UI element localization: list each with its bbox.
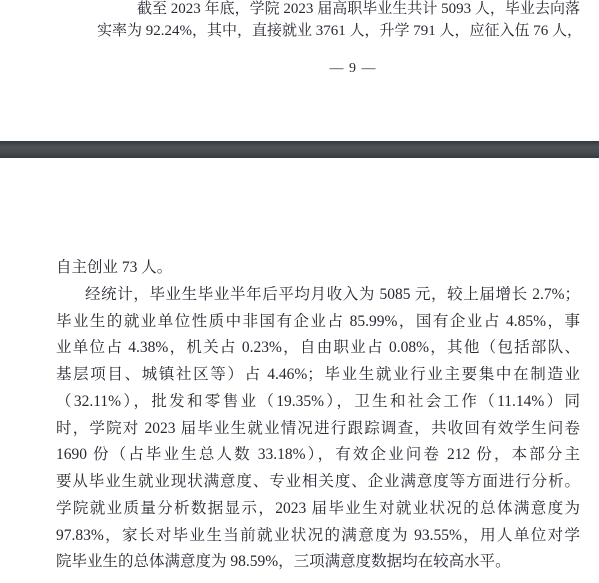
document-line: 经统计，毕业生毕业半年后平均月收入为 5085 元，较上届增长 2.7%；	[56, 282, 580, 309]
document-line: 院毕业生的总体满意度为 98.59%，三项满意度数据均在较高水平。	[56, 549, 580, 576]
document-line: 实率为 92.24%，其中，直接就业 3761 人，升学 791 人，应征入伍 …	[97, 20, 580, 42]
document-line: 时，学院对 2023 届毕业生就业情况进行跟踪调查，共收回有效学生问卷	[56, 416, 580, 443]
document-line: 业单位占 4.38%，机关占 0.23%，自由职业占 0.08%，其他（包括部队…	[56, 335, 580, 362]
document-line: 要从毕业生就业现状满意度、专业相关度、企业满意度等方面进行分析。	[56, 469, 580, 496]
document-line: 1690 份（占毕业生总人数 33.18%），有效企业问卷 212 份，本部分主	[56, 442, 580, 469]
document-line: 截至 2023 年底，学院 2023 届高职毕业生共计 5093 人，毕业去向落	[97, 0, 580, 20]
document-line: 毕业生的就业单位性质中非国有企业占 85.99%，国有企业占 4.85%，事	[56, 309, 580, 336]
document-line: 97.83%，家长对毕业生当前就业状况的满意度为 93.55%，用人单位对学	[56, 523, 580, 550]
page-number: — 9 —	[288, 58, 418, 79]
document-line: 自主创业 73 人。	[56, 255, 580, 282]
document-line: 基层项目、城镇社区等）占 4.46%；毕业生就业行业主要集中在制造业	[56, 362, 580, 389]
document-line: （32.11%），批发和零售业（19.35%），卫生和社会工作（11.14%）同	[56, 389, 580, 416]
pdf-document-view: 截至 2023 年底，学院 2023 届高职毕业生共计 5093 人，毕业去向落…	[0, 0, 599, 583]
page-9-paragraph: 截至 2023 年底，学院 2023 届高职毕业生共计 5093 人，毕业去向落…	[97, 0, 580, 42]
page-10-paragraphs: 自主创业 73 人。 经统计，毕业生毕业半年后平均月收入为 5085 元，较上届…	[56, 255, 580, 576]
document-line: 学院就业质量分析数据显示，2023 届毕业生对就业状况的总体满意度为	[56, 496, 580, 523]
page-separator	[0, 141, 599, 158]
